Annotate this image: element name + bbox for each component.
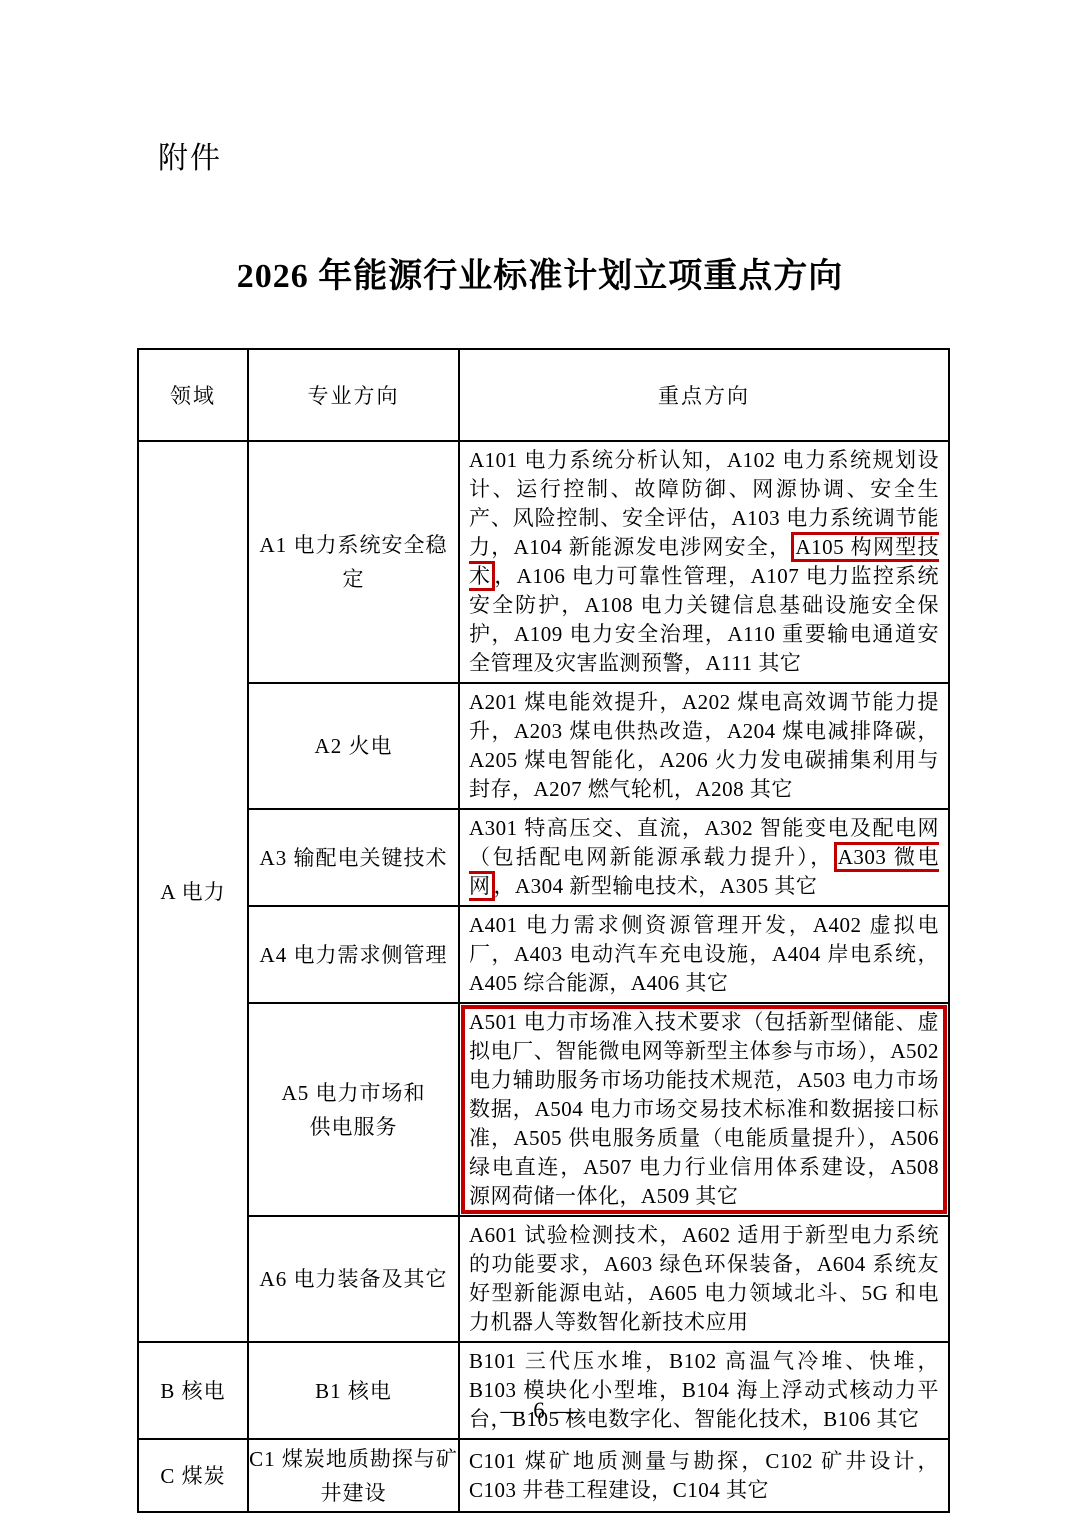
header-focus: 重点方向 <box>459 349 949 441</box>
specialty-cell-a1: A1 电力系统安全稳定 <box>248 441 459 683</box>
field-cell-a: A 电力 <box>138 441 248 1342</box>
specialty-cell-c1: C1 煤炭地质勘探与矿 井建设 <box>248 1439 459 1512</box>
specialty-cell-a4: A4 电力需求侧管理 <box>248 906 459 1003</box>
focus-text-c1: C101 煤矿地质测量与勘探，C102 矿井设计，C103 井巷工程建设，C10… <box>469 1449 939 1502</box>
table-header-row: 领域 专业方向 重点方向 <box>138 349 949 441</box>
table-row-c1: C 煤炭 C1 煤炭地质勘探与矿 井建设 C101 煤矿地质测量与勘探，C102… <box>138 1439 949 1512</box>
table-row-a3: A3 输配电关键技术 A301 特高压交、直流，A302 智能变电及配电网（包括… <box>138 809 949 906</box>
focus-cell-a6: A601 试验检测技术，A602 适用于新型电力系统的功能要求，A603 绿色环… <box>459 1216 949 1342</box>
specialty-cell-a5: A5 电力市场和 供电服务 <box>248 1003 459 1216</box>
specialty-cell-b1: B1 核电 <box>248 1342 459 1439</box>
field-cell-c: C 煤炭 <box>138 1439 248 1512</box>
document-page: 附件 2026 年能源行业标准计划立项重点方向 领域 专业方向 重点方向 A 电… <box>0 0 1080 1527</box>
table-row-a2: A2 火电 A201 煤电能效提升，A202 煤电高效调节能力提升，A203 煤… <box>138 683 949 809</box>
focus-cell-b1: B101 三代压水堆，B102 高温气冷堆、快堆，B103 模块化小型堆，B10… <box>459 1342 949 1439</box>
focus-text-a5: A501 电力市场准入技术要求（包括新型储能、虚拟电厂、智能微电网等新型主体参与… <box>469 1010 939 1208</box>
specialty-cell-a3: A3 输配电关键技术 <box>248 809 459 906</box>
field-cell-b: B 核电 <box>138 1342 248 1439</box>
table-row-a6: A6 电力装备及其它 A601 试验检测技术，A602 适用于新型电力系统的功能… <box>138 1216 949 1342</box>
focus-text-a6: A601 试验检测技术，A602 适用于新型电力系统的功能要求，A603 绿色环… <box>469 1223 939 1334</box>
header-specialty: 专业方向 <box>248 349 459 441</box>
focus-cell-a1: A101 电力系统分析认知，A102 电力系统规划设计、运行控制、故障防御、网源… <box>459 441 949 683</box>
table-row-a5: A5 电力市场和 供电服务 A501 电力市场准入技术要求（包括新型储能、虚拟电… <box>138 1003 949 1216</box>
specialty-cell-a2: A2 火电 <box>248 683 459 809</box>
page-title: 2026 年能源行业标准计划立项重点方向 <box>0 248 1080 297</box>
focus-text-a4: A401 电力需求侧资源管理开发，A402 虚拟电厂，A403 电动汽车充电设施… <box>469 913 939 995</box>
specialty-cell-a6: A6 电力装备及其它 <box>248 1216 459 1342</box>
focus-text-a2: A201 煤电能效提升，A202 煤电高效调节能力提升，A203 煤电供热改造，… <box>469 690 939 801</box>
focus-cell-a5: A501 电力市场准入技术要求（包括新型储能、虚拟电厂、智能微电网等新型主体参与… <box>459 1003 949 1216</box>
focus-cell-a4: A401 电力需求侧资源管理开发，A402 虚拟电厂，A403 电动汽车充电设施… <box>459 906 949 1003</box>
focus-text-a3-after: ，A304 新型输电技术，A305 其它 <box>494 874 818 898</box>
focus-cell-a2: A201 煤电能效提升，A202 煤电高效调节能力提升，A203 煤电供热改造，… <box>459 683 949 809</box>
focus-cell-a3: A301 特高压交、直流，A302 智能变电及配电网（包括配电网新能源承载力提升… <box>459 809 949 906</box>
attachment-label: 附件 <box>158 133 222 177</box>
focus-text-a1-after: ，A106 电力可靠性管理，A107 电力监控系统安全防护，A108 电力关键信… <box>469 564 939 675</box>
table-row-a1: A 电力 A1 电力系统安全稳定 A101 电力系统分析认知，A102 电力系统… <box>138 441 949 683</box>
page-number: — 6 — <box>0 1398 1080 1424</box>
focus-cell-c1: C101 煤矿地质测量与勘探，C102 矿井设计，C103 井巷工程建设，C10… <box>459 1439 949 1512</box>
header-field: 领域 <box>138 349 248 441</box>
focus-directions-table: 领域 专业方向 重点方向 A 电力 A1 电力系统安全稳定 A101 电力系统分… <box>137 348 950 1513</box>
table-row-a4: A4 电力需求侧管理 A401 电力需求侧资源管理开发，A402 虚拟电厂，A4… <box>138 906 949 1003</box>
table-row-b1: B 核电 B1 核电 B101 三代压水堆，B102 高温气冷堆、快堆，B103… <box>138 1342 949 1439</box>
